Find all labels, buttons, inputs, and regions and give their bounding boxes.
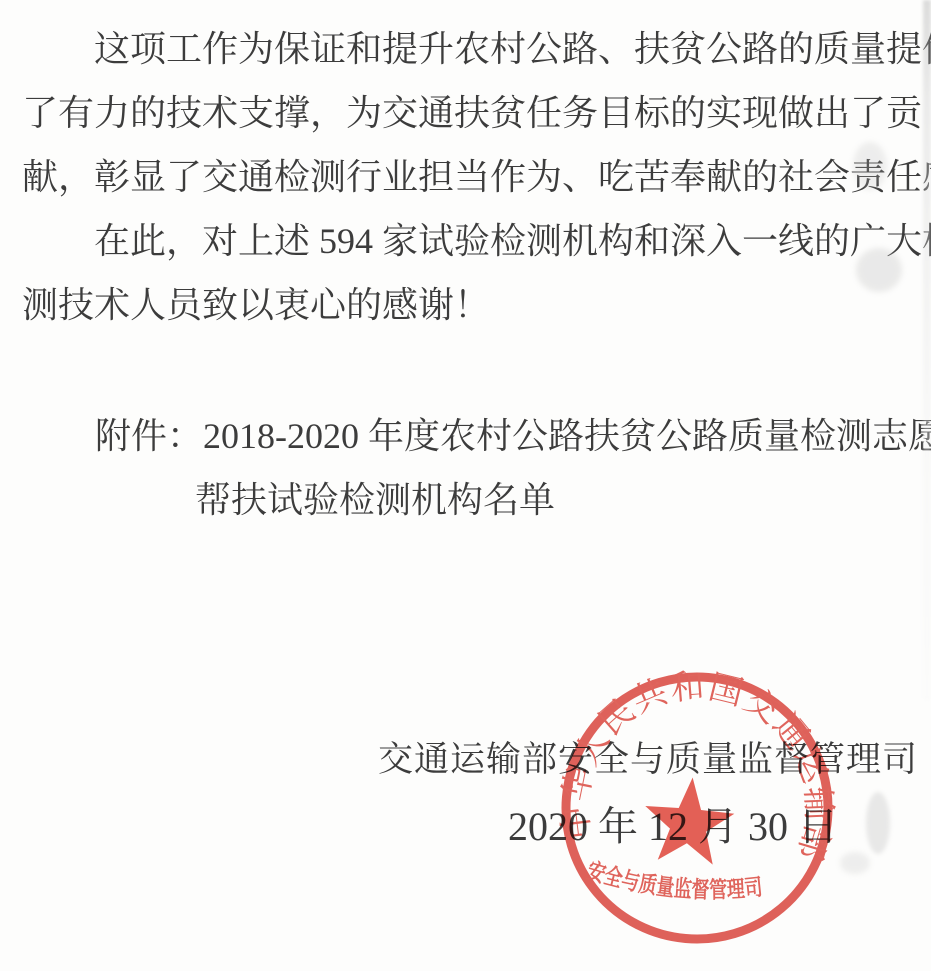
paragraph-1-line-1: 这项工作为保证和提升农村公路、扶贫公路的质量提供 <box>22 17 908 81</box>
scan-smudge <box>840 852 870 874</box>
paragraph-2-line-1: 在此，对上述 594 家试验检测机构和深入一线的广大检 <box>22 209 908 273</box>
attachment-line-2: 帮扶试验检测机构名单 <box>195 468 555 532</box>
scan-edge-artifact <box>923 0 931 700</box>
paragraph-2-line-2: 测技术人员致以衷心的感谢！ <box>22 273 908 337</box>
paragraph-1-line-2: 了有力的技术支撑，为交通扶贫任务目标的实现做出了贡 <box>22 81 908 145</box>
red-star-icon <box>641 774 737 866</box>
attachment-line-1: 附件：2018-2020 年度农村公路扶贫公路质量检测志愿 <box>95 404 908 468</box>
scan-smudge <box>853 142 887 190</box>
scan-smudge <box>866 792 890 854</box>
official-seal: 中华人民共和国交通运输部 安全与质量监督管理司 <box>540 650 860 971</box>
scanned-document-page: 这项工作为保证和提升农村公路、扶贫公路的质量提供 了有力的技术支撑，为交通扶贫任… <box>0 0 931 971</box>
paragraph-1-line-3: 献，彰显了交通检测行业担当作为、吃苦奉献的社会责任感。 <box>22 145 908 209</box>
body-text: 这项工作为保证和提升农村公路、扶贫公路的质量提供 了有力的技术支撑，为交通扶贫任… <box>22 17 908 337</box>
scan-smudge <box>856 248 902 292</box>
